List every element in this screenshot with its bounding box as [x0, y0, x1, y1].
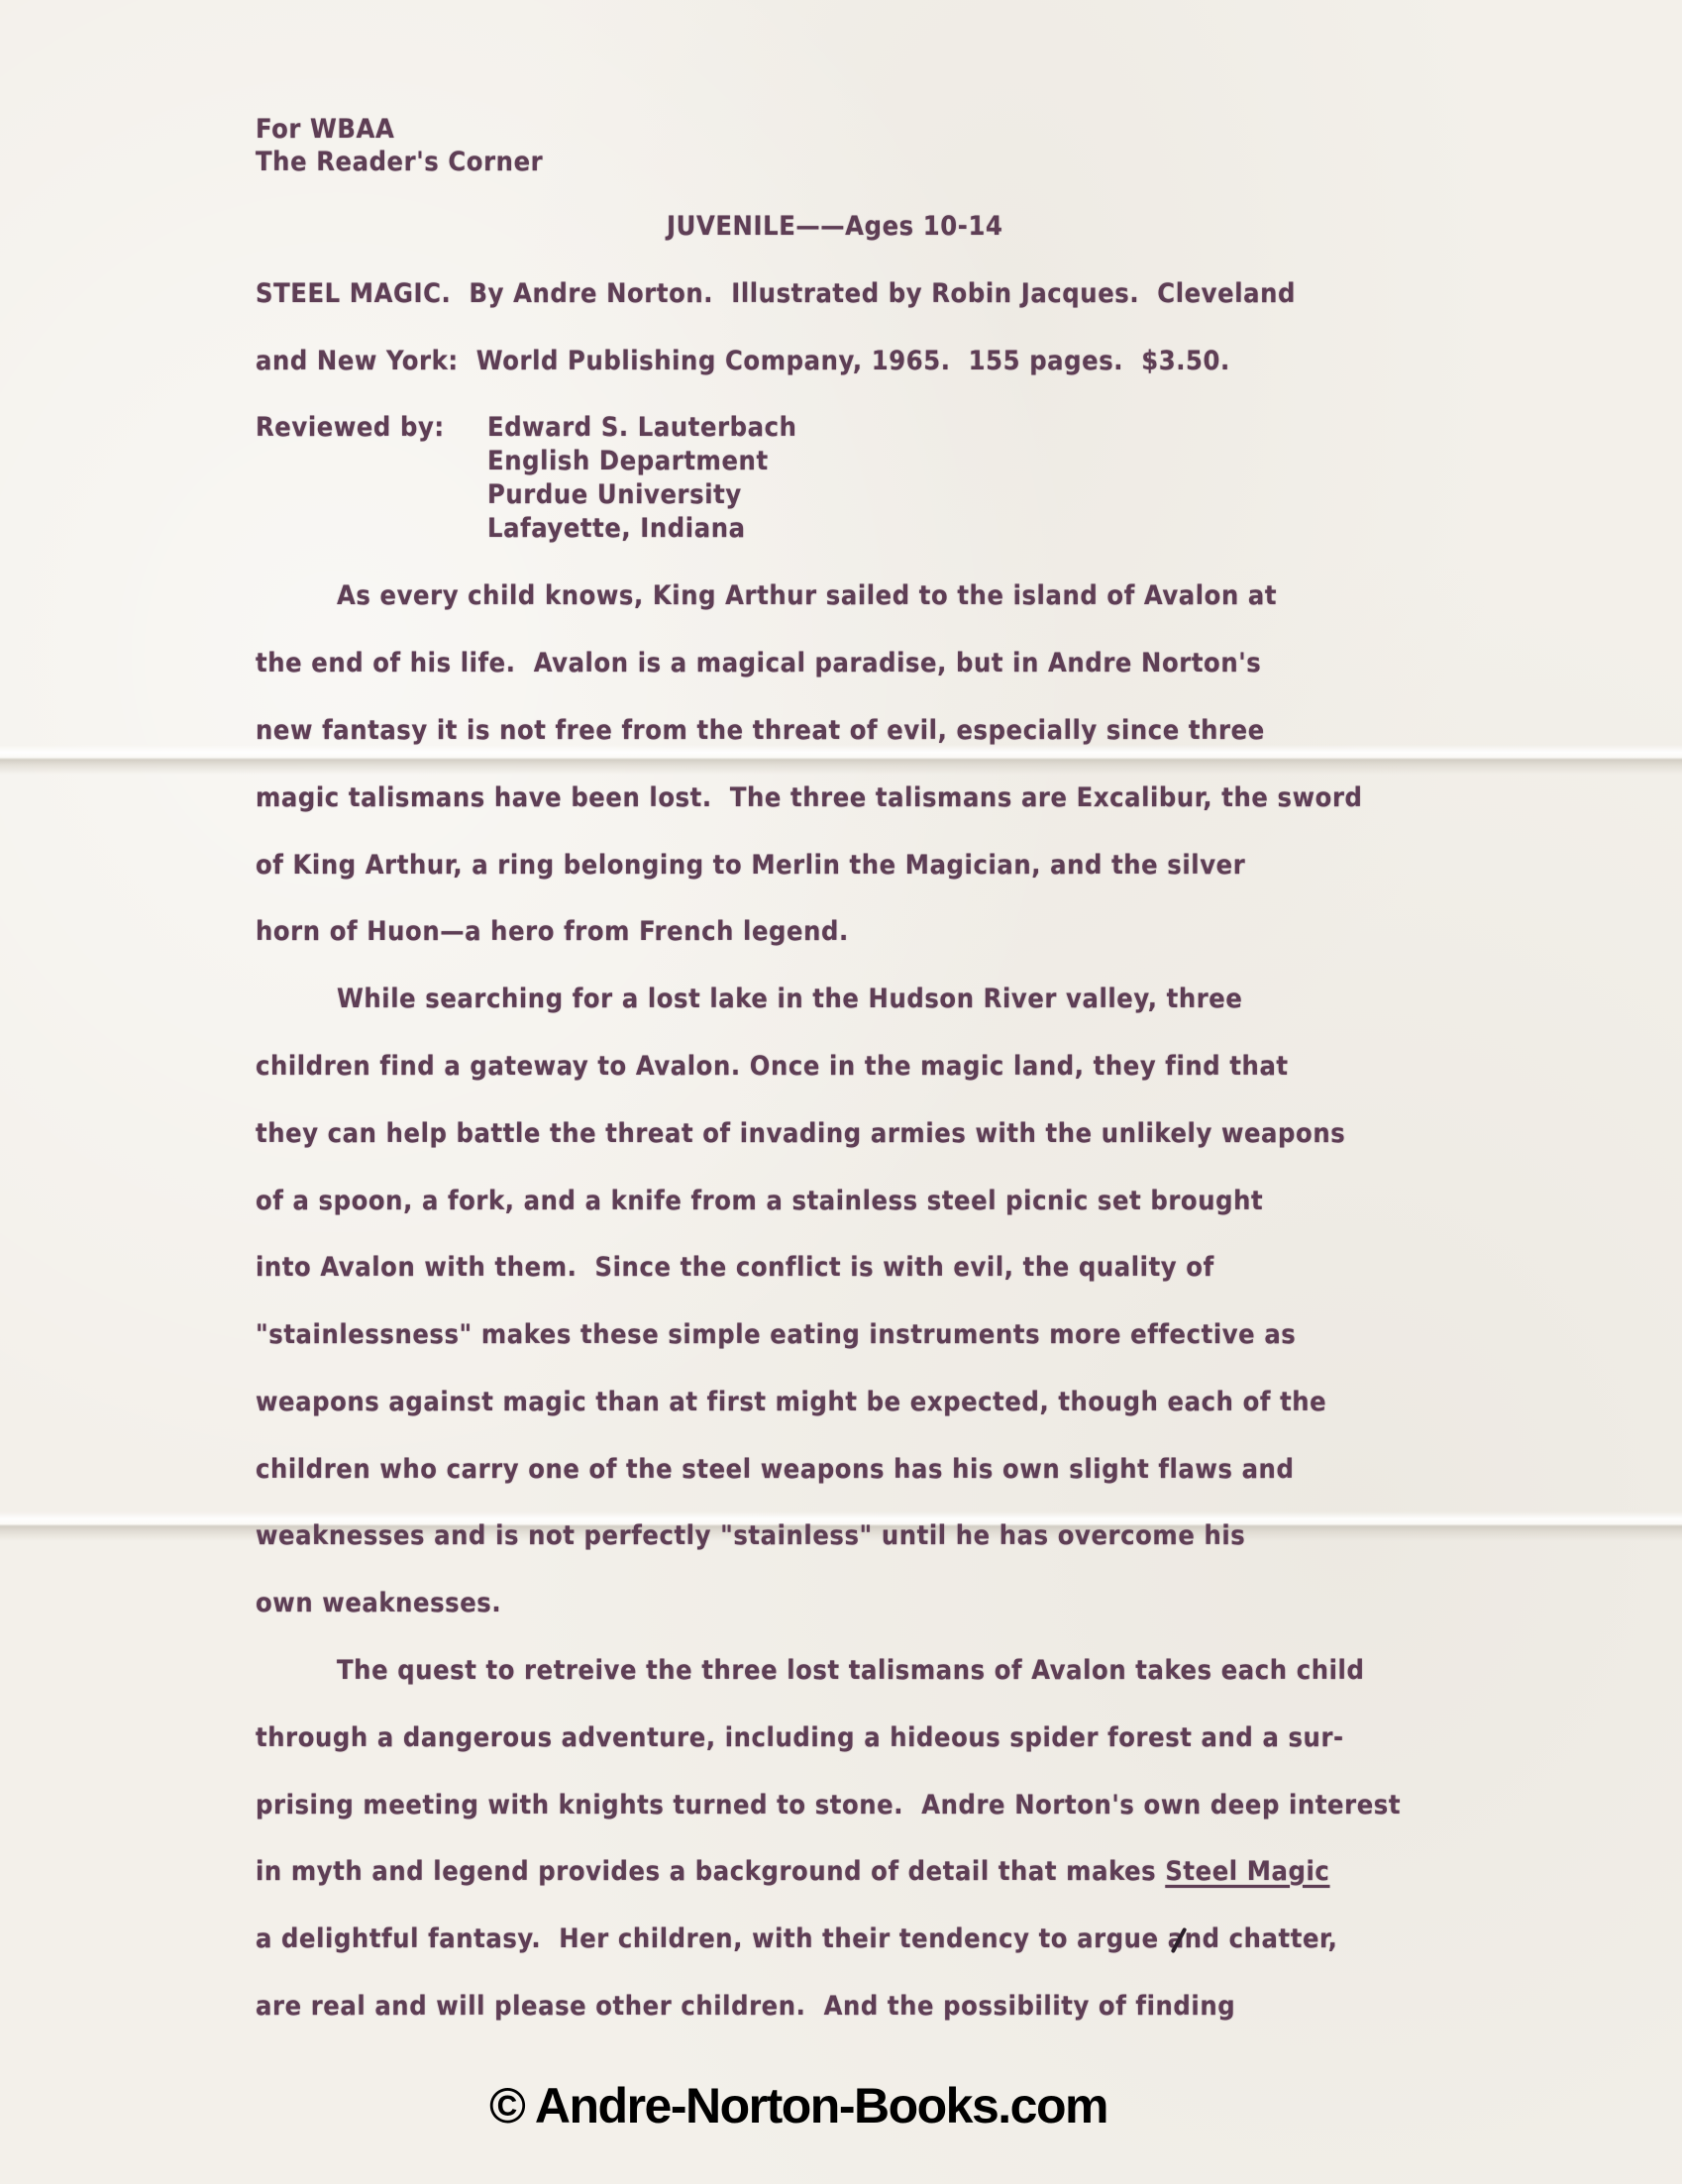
- reviewer-label: Reviewed by:: [256, 411, 445, 445]
- paragraph-line: magic talismans have been lost. The thre…: [256, 781, 1363, 815]
- paragraph-line: prising meeting with knights turned to s…: [256, 1789, 1401, 1822]
- header-program: The Reader's Corner: [256, 146, 543, 179]
- paragraph-line: are real and will please other children.…: [256, 1990, 1235, 2024]
- paragraph-line: The quest to retreive the three lost tal…: [337, 1654, 1364, 1688]
- paragraph-line: own weaknesses.: [256, 1587, 501, 1620]
- reviewer-location: Lafayette, Indiana: [487, 512, 746, 546]
- paragraph-line: a delightful fantasy. Her children, with…: [256, 1923, 1337, 1956]
- category-heading: JUVENILE——Ages 10-14: [667, 210, 1002, 244]
- paragraph-line: "stainlessness" makes these simple eatin…: [256, 1318, 1296, 1352]
- reviewer-university: Purdue University: [487, 478, 742, 512]
- paragraph-line: the end of his life. Avalon is a magical…: [256, 647, 1261, 680]
- paragraph-line: While searching for a lost lake in the H…: [337, 983, 1242, 1016]
- paragraph-line: through a dangerous adventure, including…: [256, 1721, 1344, 1755]
- citation-line-2: and New York: World Publishing Company, …: [256, 345, 1230, 378]
- reviewer-department: English Department: [487, 445, 769, 478]
- underlined-book-title: Steel Magic: [1165, 1856, 1329, 1887]
- paragraph-line: horn of Huon—a hero from French legend.: [256, 915, 849, 949]
- citation-line-1: STEEL MAGIC. By Andre Norton. Illustrate…: [256, 277, 1296, 311]
- copyright-watermark: © Andre-Norton-Books.com: [489, 2076, 1107, 2135]
- paragraph-line: children who carry one of the steel weap…: [256, 1453, 1294, 1487]
- paragraph-line: weaknesses and is not perfectly "stainle…: [256, 1519, 1245, 1553]
- paragraph-line: As every child knows, King Arthur sailed…: [337, 579, 1277, 613]
- header-station: For WBAA: [256, 113, 394, 147]
- paragraph-line: they can help battle the threat of invad…: [256, 1117, 1345, 1151]
- paragraph-line: children find a gateway to Avalon. Once …: [256, 1050, 1289, 1084]
- paragraph-line: of King Arthur, a ring belonging to Merl…: [256, 849, 1245, 883]
- paragraph-line: of a spoon, a fork, and a knife from a s…: [256, 1185, 1263, 1218]
- paragraph-line-text: in myth and legend provides a background…: [256, 1856, 1165, 1887]
- paper-fold-crease-upper: [0, 745, 1682, 775]
- paragraph-line: weapons against magic than at first migh…: [256, 1386, 1326, 1419]
- paragraph-line-with-title: in myth and legend provides a background…: [256, 1855, 1329, 1889]
- paragraph-line: into Avalon with them. Since the conflic…: [256, 1251, 1214, 1285]
- paragraph-line: new fantasy it is not free from the thre…: [256, 714, 1265, 748]
- reviewer-name: Edward S. Lauterbach: [487, 411, 797, 445]
